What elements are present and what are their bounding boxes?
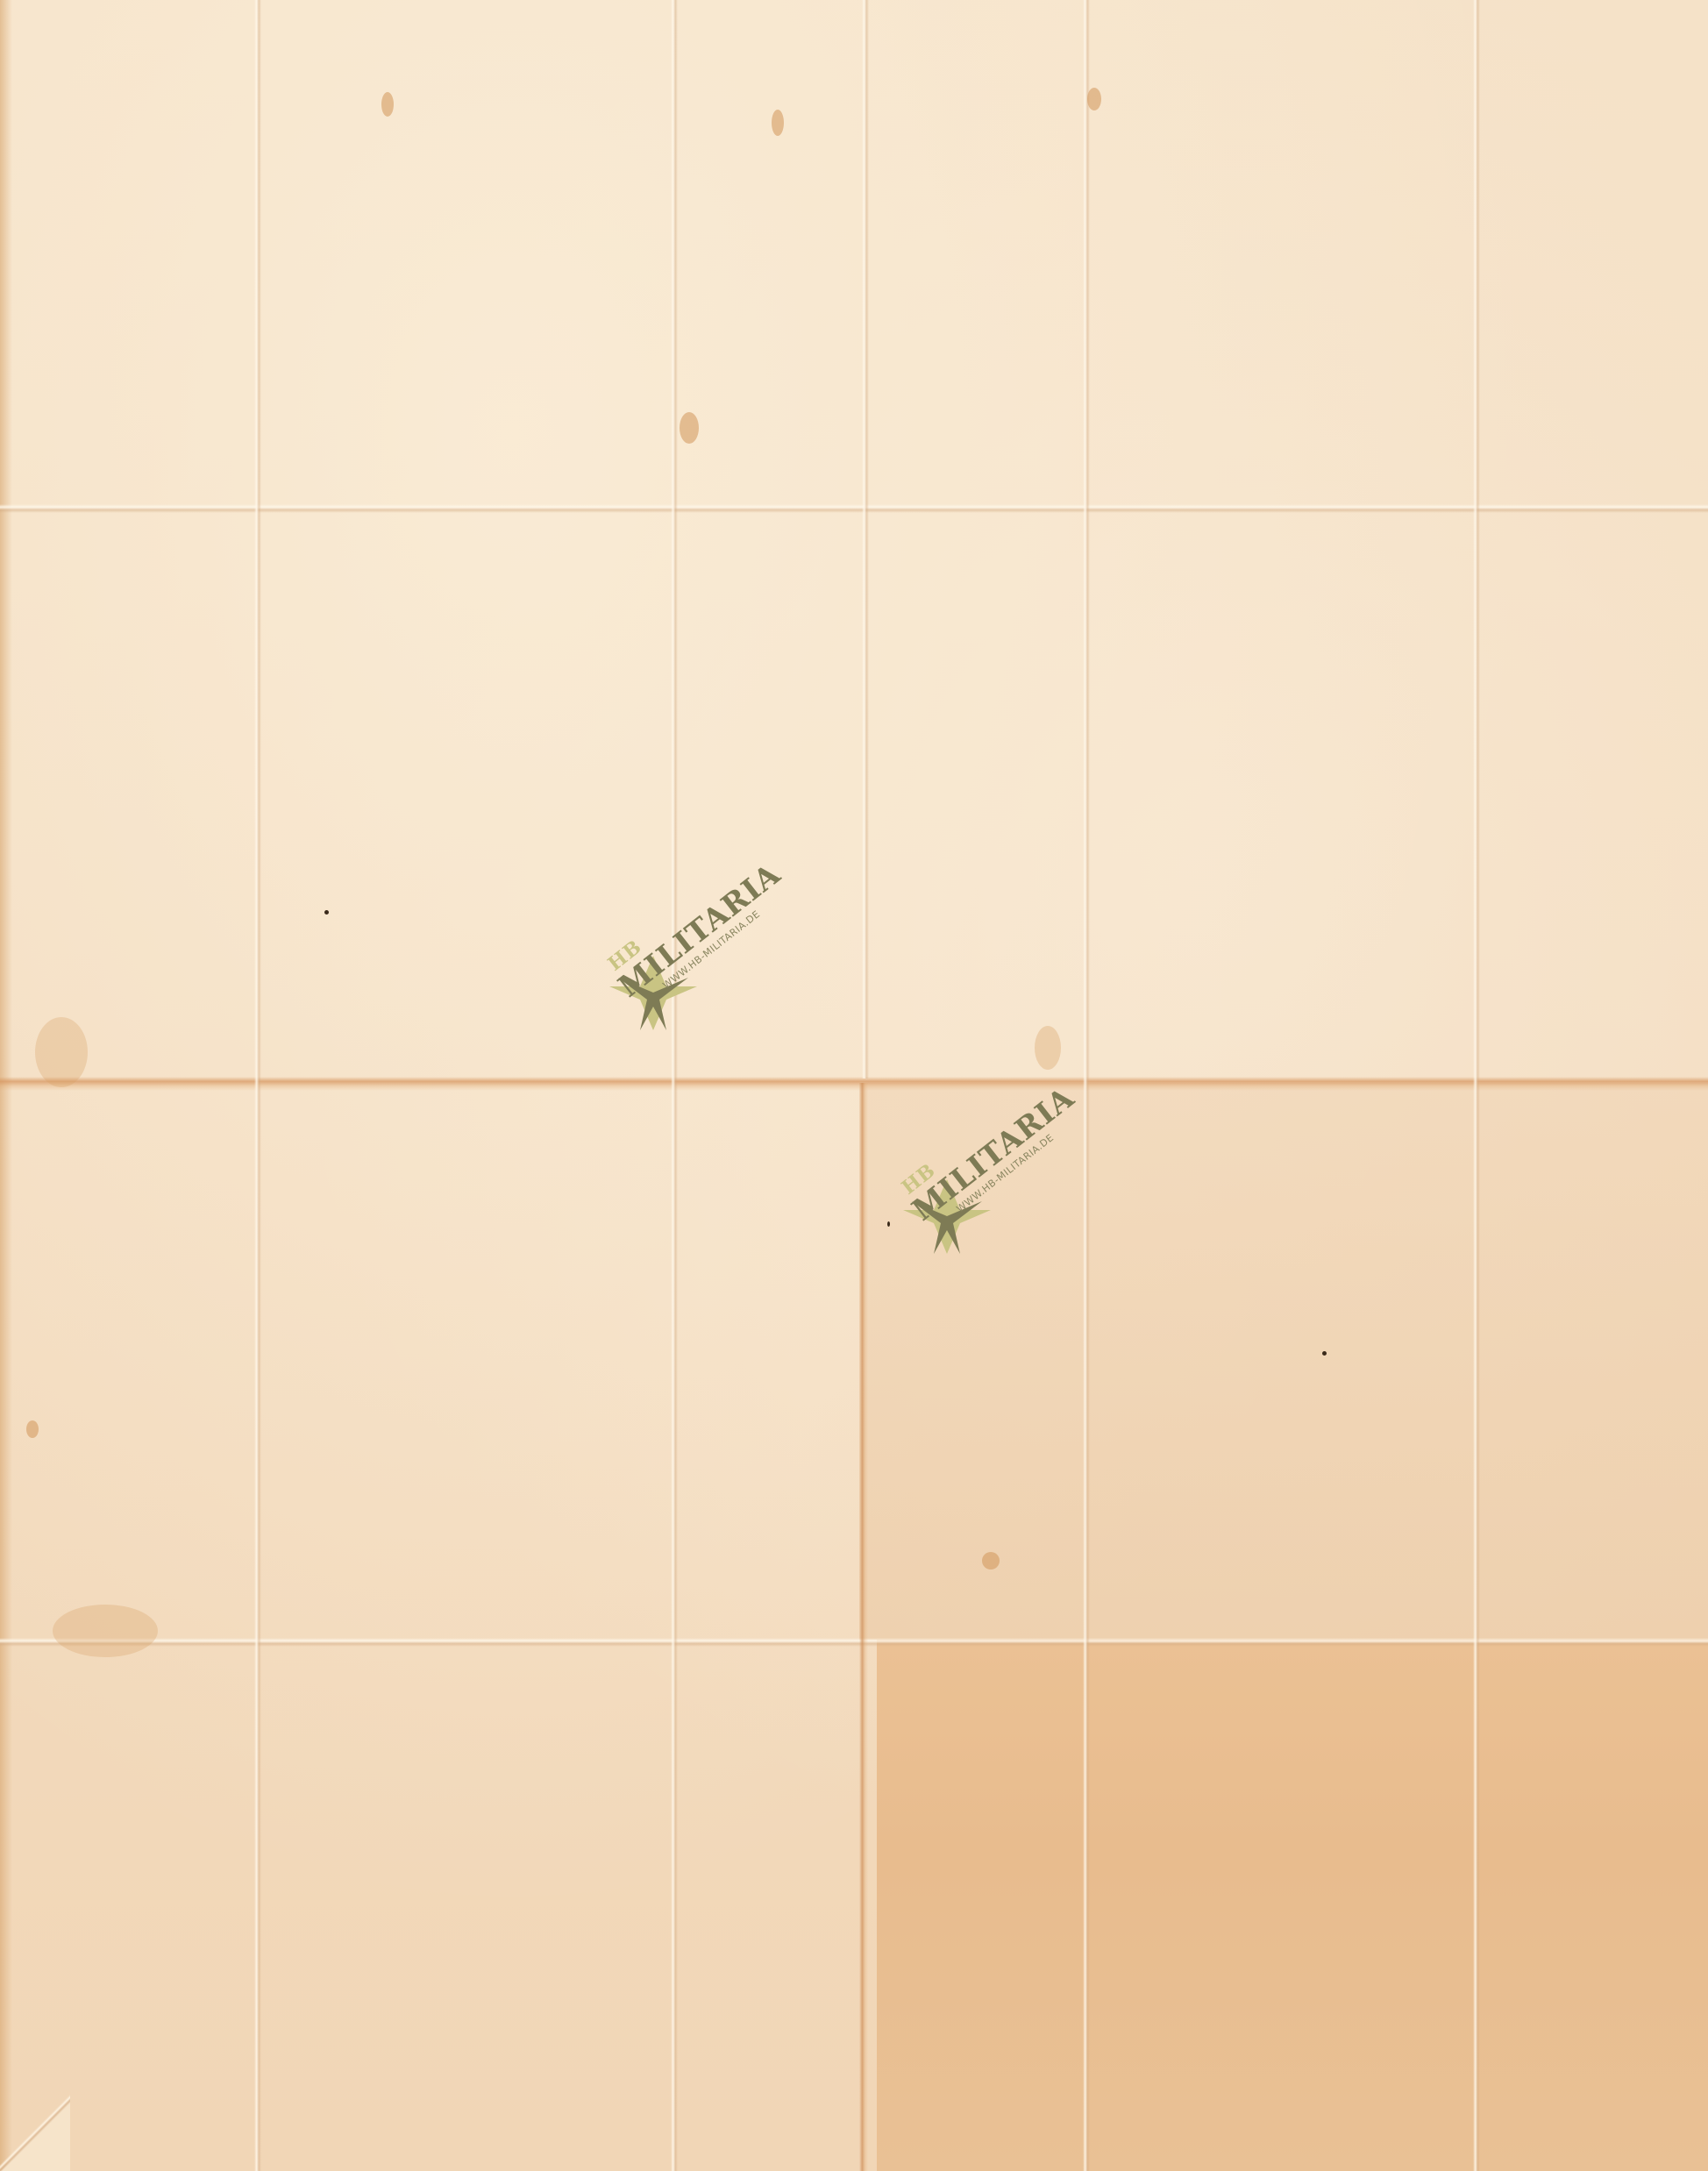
vertical-fold-center-upper [862,0,869,1078]
vertical-fold-2 [671,0,678,2171]
watermark-hb-militaria: HB MILITARIA WWW.HB-MILITARIA.DE [605,886,833,1061]
ink-dot [1322,1351,1327,1356]
vertical-fold-center-lower [859,1083,868,2171]
vertical-fold-4 [1473,0,1480,2171]
foxing-spot [53,1605,158,1657]
watermark-hb-militaria: HB MILITARIA WWW.HB-MILITARIA.DE [899,1109,1127,1285]
foxing-spot [772,110,784,136]
foxing-spot [381,92,394,117]
stained-quadrant-bottom-right [877,1640,1708,2171]
foxing-spot [680,412,699,444]
foxing-spot [1087,88,1101,110]
ink-dot [324,910,329,915]
ink-dot [887,1221,890,1227]
foxing-spot [26,1420,39,1438]
vertical-fold-1 [254,0,261,2171]
foxing-spot [1035,1026,1061,1070]
foxing-spot [982,1552,1000,1570]
folded-corner [0,2094,70,2171]
vertical-fold-3 [1083,0,1090,2171]
foxing-spot [35,1017,88,1087]
